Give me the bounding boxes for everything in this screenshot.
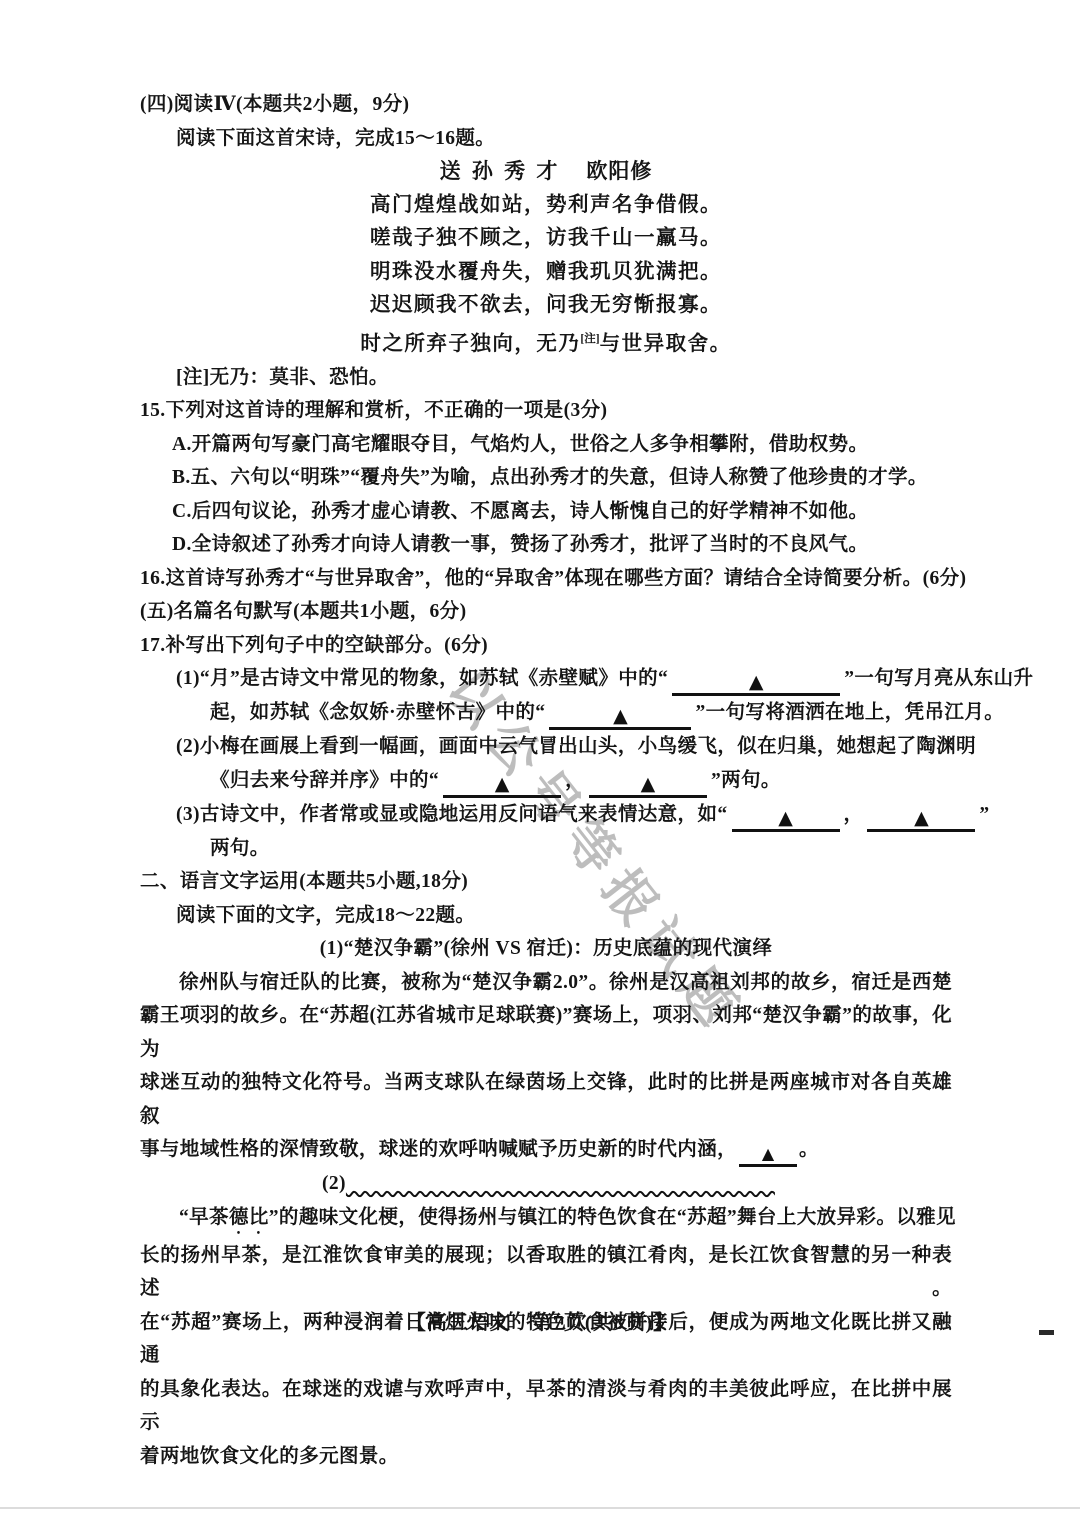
passage-1-line-2: 霸王项羽的故乡。在“苏超(江苏省城市足球联赛)”赛场上，项羽、刘邦“楚汉争霸”的… <box>140 999 952 1066</box>
question-15-option-d: D.全诗叙述了孙秀才向诗人请教一事，赞扬了孙秀才，批评了当时的不良风气。 <box>140 528 952 562</box>
poem-line-1: 高门煌煌战如站，势利声名争借假。 <box>140 189 952 223</box>
section-2-intro: 阅读下面的文字，完成18～22题。 <box>140 899 952 933</box>
poem-line-4: 迟迟顾我不欲去，问我无穷惭报寡。 <box>140 289 952 323</box>
triangle-placeholder: ▲ <box>749 671 764 693</box>
triangle-placeholder: ▲ <box>762 1144 774 1163</box>
passage-1-line-4-text: 事与地域性格的深情致敬，球迷的欢呼呐喊赋予历史新的时代内涵， <box>140 1139 737 1160</box>
question-15-option-b: B.五、六句以“明珠”“覆舟失”为喻，点出孙秀才的失意，但诗人称赞了他珍贵的才学… <box>140 461 952 495</box>
section-5-heading: (五)名篇名句默写(本题共1小题，6分) <box>140 595 952 629</box>
answer-blank: ▲ <box>867 808 975 832</box>
q17-item-2-text-b: ”两句。 <box>711 770 781 791</box>
q17-item-2-comma: ， <box>565 770 585 791</box>
poem-footnote: [注]无乃：莫非、恐怕。 <box>140 361 952 395</box>
passage-2-line-4: 的具象化表达。在球迷的戏谑与欢呼声中，早茶的清淡与肴肉的丰美彼此呼应，在比拼中展… <box>140 1373 952 1440</box>
passage-1-line-3: 球迷互动的独特文化符号。当两支球队在绿茵场上交锋，此时的比拼是两座城市对各自英雄… <box>140 1066 952 1133</box>
poem-line-5-a: 时之所弃子独向，无乃 <box>360 332 580 354</box>
triangle-placeholder: ▲ <box>613 705 628 727</box>
q17-item-3-quote: ” <box>979 804 989 825</box>
answer-blank: ▲ <box>739 1144 797 1167</box>
page-footer: 【高三语文 第7页(共8页)】 <box>0 1306 1080 1335</box>
section-4-intro: 阅读下面这首宋诗，完成15～16题。 <box>140 122 952 156</box>
q17-item-1-text-a: (1)“月”是古诗文中常见的物象，如苏轼《赤壁赋》中的“ <box>176 668 668 689</box>
q17-item-1-line-1: (1)“月”是古诗文中常见的物象，如苏轼《赤壁赋》中的“▲”一句写月亮从东山升 <box>140 662 952 696</box>
section-4-heading: (四)阅读Ⅳ(本题共2小题，9分) <box>140 88 952 122</box>
q17-item-2-text-a: 《归去来兮辞并序》中的“ <box>210 770 439 791</box>
q17-item-3-text-a: (3)古诗文中，作者常或显或隐地运用反问语气来表情达意，如“ <box>176 804 728 825</box>
passage-2-line-1: “早茶德比”的趣味文化梗，使得扬州与镇江的特色饮食在“苏超”舞台上大放异彩。以雅… <box>140 1201 952 1239</box>
footer-dash-mark <box>1039 1330 1054 1335</box>
q17-item-3-line-2: 两句。 <box>140 832 952 866</box>
scan-edge-artifact <box>0 1507 1080 1509</box>
question-17-stem: 17.补写出下列句子中的空缺部分。(6分) <box>140 629 952 663</box>
q17-item-1-text-d: ”一句写将酒洒在地上，凭吊江月。 <box>695 702 1004 723</box>
q17-item-2-line-2: 《归去来兮辞并序》中的“▲，▲”两句。 <box>140 764 952 798</box>
passage-2-line-5: 着两地饮食文化的多元图景。 <box>140 1440 952 1474</box>
poem-author: 欧阳修 <box>586 159 652 183</box>
passage-2-line-1-a: “早茶 <box>179 1207 229 1228</box>
passage-1-line-1: 徐州队与宿迁队的比赛，被称为“楚汉争霸2.0”。徐州是汉高祖刘邦的故乡，宿迁是西… <box>140 966 952 1000</box>
q17-item-1-line-2: 起，如苏轼《念奴娇·赤壁怀古》中的“▲”一句写将酒洒在地上，凭吊江月。 <box>140 696 952 730</box>
answer-blank: ▲ <box>549 706 691 730</box>
question-15-option-a: A.开篇两句写豪门高宅耀眼夺目，气焰灼人，世俗之人多争相攀附，借助权势。 <box>140 428 952 462</box>
q17-item-2-line-1: (2)小梅在画展上看到一幅画，画面中云气冒出山头，小鸟缓飞，似在归巢，她想起了陶… <box>140 730 952 764</box>
q17-item-1-text-c: 起，如苏轼《念奴娇·赤壁怀古》中的“ <box>210 702 545 723</box>
passage-2-label: (2) <box>322 1173 346 1194</box>
wavy-blank-line <box>346 1173 775 1194</box>
passage-2-heading: (2) <box>140 1167 952 1201</box>
passage-2-line-2: 长的扬州早茶，是江淮饮食审美的展现；以香取胜的镇江肴肉，是长江饮食智慧的另一种表… <box>140 1239 952 1306</box>
triangle-placeholder: ▲ <box>495 773 510 795</box>
triangle-placeholder: ▲ <box>641 773 656 795</box>
passage-1-line-4-period: 。 <box>799 1139 819 1160</box>
triangle-placeholder: ▲ <box>778 807 793 829</box>
page-content: (四)阅读Ⅳ(本题共2小题，9分) 阅读下面这首宋诗，完成15～16题。 送 孙… <box>140 88 952 1473</box>
triangle-placeholder: ▲ <box>914 807 929 829</box>
section-2-heading: 二、语言文字运用(本题共5小题,18分) <box>140 865 952 899</box>
poem-line-5: 时之所弃子独向，无乃[注]与世异取舍。 <box>140 323 952 361</box>
q17-item-1-text-b: ”一句写月亮从东山升 <box>844 668 1033 689</box>
answer-blank: ▲ <box>589 774 707 798</box>
answer-blank: ▲ <box>443 774 561 798</box>
note-superscript: [注] <box>580 333 599 345</box>
q17-item-3-line-1: (3)古诗文中，作者常或显或隐地运用反问语气来表情达意，如“▲，▲” <box>140 798 952 832</box>
answer-blank: ▲ <box>672 672 840 696</box>
poem-line-5-b: 与世异取舍。 <box>600 332 732 354</box>
poem-title: 送 孙 秀 才 <box>440 159 561 183</box>
passage-1-line-4: 事与地域性格的深情致敬，球迷的欢呼呐喊赋予历史新的时代内涵，▲。 <box>140 1133 952 1167</box>
q17-item-3-comma: ， <box>844 804 864 825</box>
exam-paper-page: 以公号等报试题 (四)阅读Ⅳ(本题共2小题，9分) 阅读下面这首宋诗，完成15～… <box>0 0 1080 1527</box>
poem-line-2: 嗟哉子独不顾之，访我千山一羸马。 <box>140 222 952 256</box>
question-15-option-c: C.后四句议论，孙秀才虚心请教、不愿离去，诗人惭愧自己的好学精神不如他。 <box>140 495 952 529</box>
question-16-stem: 16.这首诗写孙秀才“与世异取舍”，他的“异取舍”体现在哪些方面？请结合全诗简要… <box>140 562 952 596</box>
question-15-stem: 15.下列对这首诗的理解和赏析，不正确的一项是(3分) <box>140 394 952 428</box>
passage-2-emphasized-term: 德比 <box>229 1207 269 1228</box>
answer-blank: ▲ <box>732 808 840 832</box>
passage-2-line-1-c: ”的趣味文化梗，使得扬州与镇江的特色饮食在“苏超”舞台上大放异彩。以雅见 <box>269 1207 956 1228</box>
poem-title-line: 送 孙 秀 才欧阳修 <box>140 155 952 189</box>
poem-line-3: 明珠没水覆舟失，赠我玑贝犹满把。 <box>140 256 952 290</box>
passage-1-title: (1)“楚汉争霸”(徐州 VS 宿迁)：历史底蕴的现代演绎 <box>140 932 952 966</box>
